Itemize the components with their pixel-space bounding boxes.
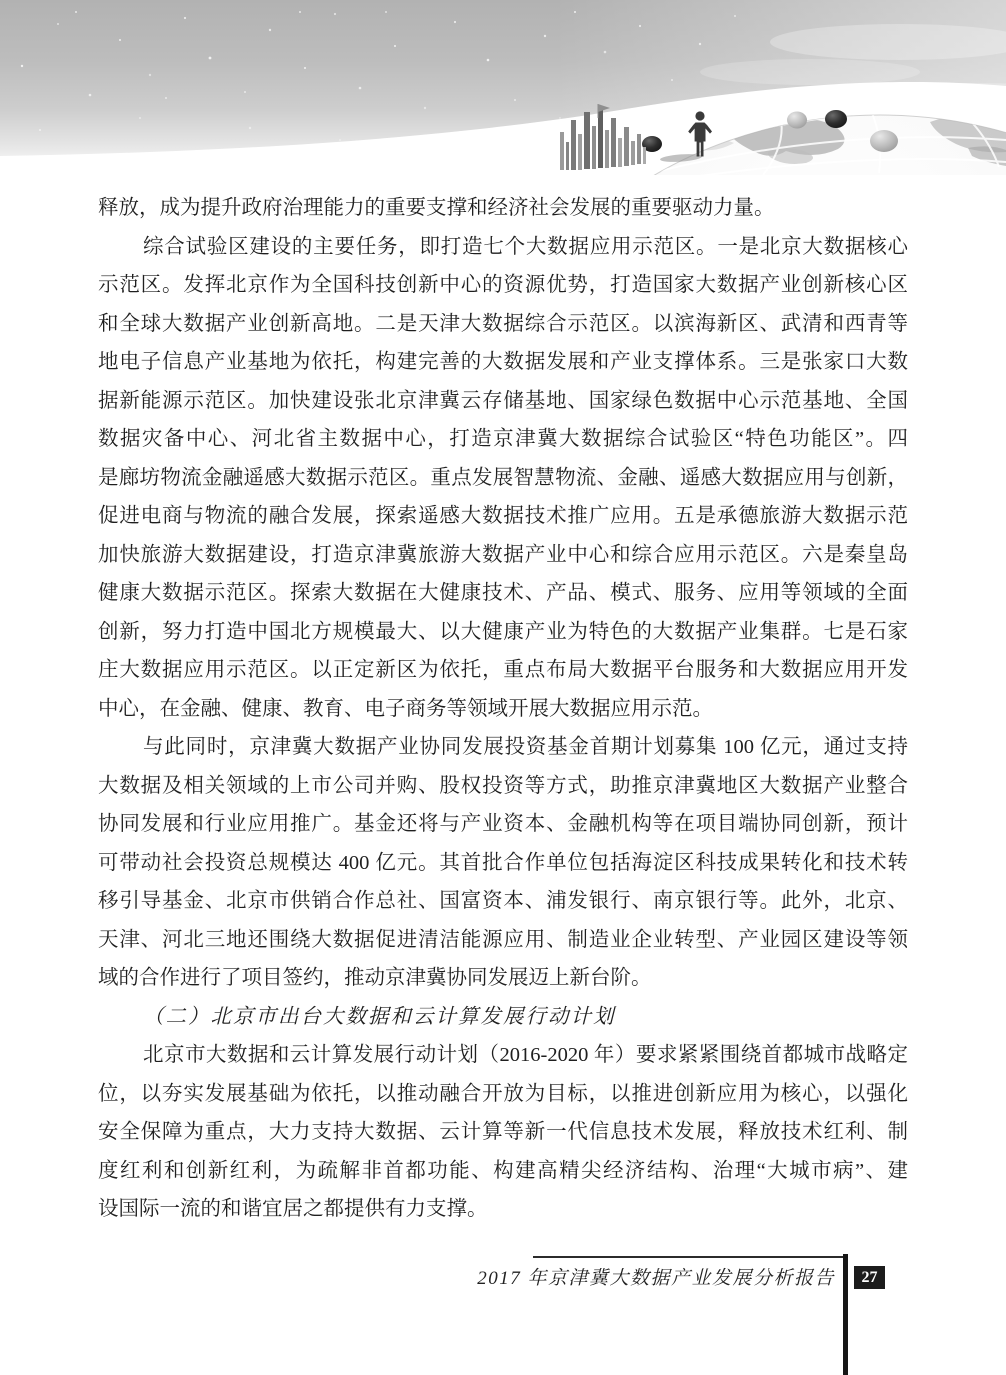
text-line: 北京市大数据和云计算发展行动计划（2016-2020 年）要求紧紧围绕首都城市战… [98, 1036, 908, 1075]
text-line: 释放，成为提升政府治理能力的重要支撑和经济社会发展的重要驱动力量。 [98, 189, 908, 228]
text-line: （二）北京市出台大数据和云计算发展行动计划 [98, 998, 908, 1037]
text-line: 数据灾备中心、河北省主数据中心，打造京津冀大数据综合试验区“特色功能区”。四 [98, 420, 908, 459]
footer-rule [533, 1256, 845, 1258]
page-number-badge: 27 [854, 1266, 885, 1289]
text-line: 协同发展和行业应用推广。基金还将与产业资本、金融机构等在项目端协同创新，预计 [98, 805, 908, 844]
light-sphere-icon [870, 130, 898, 152]
header-banner [0, 0, 1006, 175]
text-line: 加快旅游大数据建设，打造京津冀旅游大数据产业中心和综合应用示范区。六是秦皇岛 [98, 536, 908, 575]
side-bar [843, 1254, 848, 1375]
paragraph: 与此同时，京津冀大数据产业协同发展投资基金首期计划募集 100 亿元，通过支持大… [98, 728, 908, 998]
text-line: 安全保障为重点，大力支持大数据、云计算等新一代信息技术发展，释放技术红利、制 [98, 1113, 908, 1152]
text-line: 庄大数据应用示范区。以正定新区为依托，重点布局大数据平台服务和大数据应用开发 [98, 651, 908, 690]
flag-icon [598, 104, 610, 112]
text-line: 据新能源示范区。加快建设张北京津冀云存储基地、国家绿色数据中心示范基地、全国 [98, 382, 908, 421]
text-line: 与此同时，京津冀大数据产业协同发展投资基金首期计划募集 100 亿元，通过支持 [98, 728, 908, 767]
text-line: 健康大数据示范区。探索大数据在大健康技术、产品、模式、服务、应用等领域的全面 [98, 574, 908, 613]
text-line: 和全球大数据产业创新高地。二是天津大数据综合示范区。以滨海新区、武清和西青等 [98, 305, 908, 344]
text-line: 创新，努力打造中国北方规模最大、以大健康产业为特色的大数据产业集群。七是石家 [98, 613, 908, 652]
text-line: 度红利和创新红利，为疏解非首都功能、构建高精尖经济结构、治理“大城市病”、建 [98, 1152, 908, 1191]
text-line: 可带动社会投资总规模达 400 亿元。其首批合作单位包括海淀区科技成果转化和技术… [98, 844, 908, 883]
paragraph: 释放，成为提升政府治理能力的重要支撑和经济社会发展的重要驱动力量。 [98, 189, 908, 228]
text-line: 中心，在金融、健康、教育、电子商务等领域开展大数据应用示范。 [98, 690, 908, 729]
dark-sphere-icon [825, 110, 847, 128]
paragraph: 北京市大数据和云计算发展行动计划（2016-2020 年）要求紧紧围绕首都城市战… [98, 1036, 908, 1229]
light-sphere-icon [787, 112, 807, 129]
text-line: 地电子信息产业基地为依托，构建完善的大数据发展和产业支撑体系。三是张家口大数 [98, 343, 908, 382]
text-line: 位，以夯实发展基础为依托，以推动融合开放为目标，以推进创新应用为核心，以强化 [98, 1075, 908, 1114]
text-line: 天津、河北三地还围绕大数据促进清洁能源应用、制造业企业转型、产业园区建设等领 [98, 921, 908, 960]
text-line: 大数据及相关领域的上市公司并购、股权投资等方式，助推京津冀地区大数据产业整合 [98, 767, 908, 806]
text-line: 域的合作进行了项目签约，推动京津冀协同发展迈上新台阶。 [98, 959, 908, 998]
footer-report-title: 2017 年京津冀大数据产业发展分析报告 [443, 1263, 835, 1290]
text-line: 设国际一流的和谐宜居之都提供有力支撑。 [98, 1190, 908, 1229]
text-line: 示范区。发挥北京作为全国科技创新中心的资源优势，打造国家大数据产业创新核心区 [98, 266, 908, 305]
report-page: 释放，成为提升政府治理能力的重要支撑和经济社会发展的重要驱动力量。综合试验区建设… [0, 0, 1006, 1375]
text-line: 综合试验区建设的主要任务，即打造七个大数据应用示范区。一是北京大数据核心 [98, 228, 908, 267]
text-line: 促进电商与物流的融合发展，探索遥感大数据技术推广应用。五是承德旅游大数据示范区。 [98, 497, 908, 536]
section-heading: （二）北京市出台大数据和云计算发展行动计划 [98, 998, 908, 1037]
text-line: 移引导基金、北京市供销合作总社、国富资本、浦发银行、南京银行等。此外，北京、 [98, 882, 908, 921]
paragraph: 综合试验区建设的主要任务，即打造七个大数据应用示范区。一是北京大数据核心示范区。… [98, 228, 908, 729]
body-text: 释放，成为提升政府治理能力的重要支撑和经济社会发展的重要驱动力量。综合试验区建设… [98, 189, 908, 1229]
text-line: 是廊坊物流金融遥感大数据示范区。重点发展智慧物流、金融、遥感大数据应用与创新， [98, 459, 908, 498]
banner-art [0, 0, 1006, 175]
